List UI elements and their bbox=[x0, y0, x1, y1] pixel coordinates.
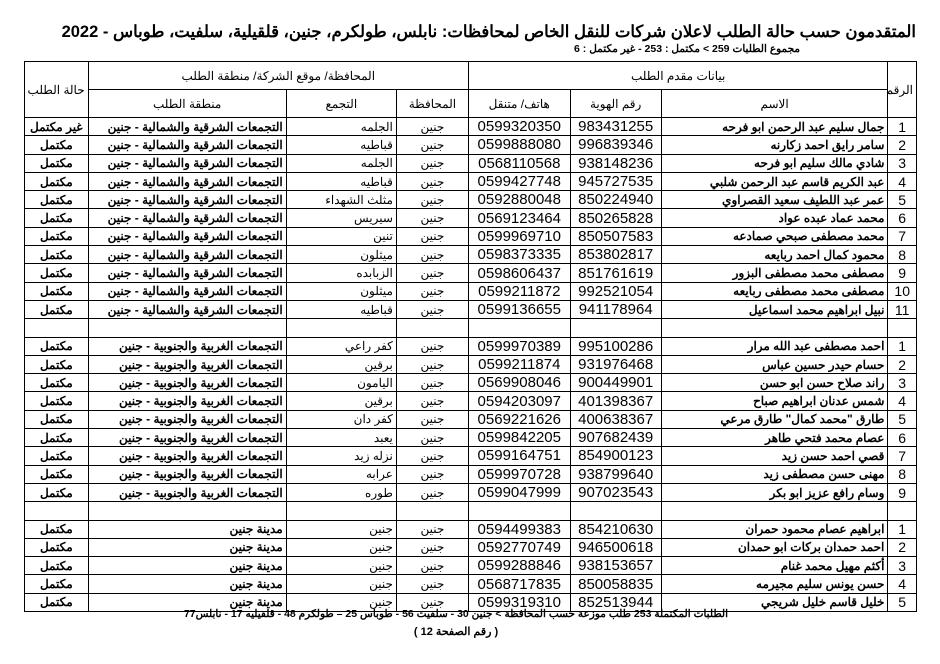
cluster-cell: طوره bbox=[286, 483, 396, 501]
empty-cell bbox=[286, 319, 396, 337]
id-number-cell: 938148236 bbox=[570, 154, 661, 172]
empty-cell bbox=[570, 319, 661, 337]
governorate-cell: جنين bbox=[396, 392, 468, 410]
cluster-cell: كفر دان bbox=[286, 410, 396, 428]
id-number-cell: 996839346 bbox=[570, 136, 661, 154]
id-number-cell: 900449901 bbox=[570, 374, 661, 392]
phone-number-cell: 0594499383 bbox=[468, 520, 570, 538]
governorate-cell: جنين bbox=[396, 264, 468, 282]
request-status-cell: مكتمل bbox=[25, 246, 89, 264]
table-row: 9وسام رافع عزيز ابو بكر90702354305990479… bbox=[25, 483, 917, 501]
row-number-cell: 4 bbox=[888, 392, 917, 410]
row-number-cell: 6 bbox=[888, 209, 917, 227]
applicant-name-cell: محمد مصطفى صبحي صمادعه bbox=[661, 227, 888, 245]
governorate-cell: جنين bbox=[396, 520, 468, 538]
id-number-cell: 983431255 bbox=[570, 118, 661, 136]
phone-number-cell: 0599970389 bbox=[468, 337, 570, 355]
cluster-cell: قباطيه bbox=[286, 172, 396, 190]
row-number-cell: 8 bbox=[888, 465, 917, 483]
governorate-cell: جنين bbox=[396, 575, 468, 593]
row-number-cell: 1 bbox=[888, 337, 917, 355]
request-region-cell: التجمعات الشرقية والشمالية - جنين bbox=[88, 191, 286, 209]
id-number-cell: 850507583 bbox=[570, 227, 661, 245]
id-number-cell: 854900123 bbox=[570, 447, 661, 465]
table-row: 3أكثم مهيل محمد غنام9381536570599288846ج… bbox=[25, 557, 917, 575]
request-status-cell: مكتمل bbox=[25, 465, 89, 483]
request-status-cell: مكتمل bbox=[25, 520, 89, 538]
header-status: حالة الطلب bbox=[25, 62, 89, 118]
request-region-cell: التجمعات الشرقية والشمالية - جنين bbox=[88, 246, 286, 264]
request-status-cell: مكتمل bbox=[25, 337, 89, 355]
header-applicant-data: بيانات مقدم الطلب bbox=[468, 62, 887, 90]
request-region-cell: التجمعات الغربية والجنوبية - جنين bbox=[88, 374, 286, 392]
cluster-cell: الجلمه bbox=[286, 154, 396, 172]
section-separator-row bbox=[25, 502, 917, 520]
cluster-cell: نزله زيد bbox=[286, 447, 396, 465]
id-number-cell: 938799640 bbox=[570, 465, 661, 483]
request-status-cell: مكتمل bbox=[25, 264, 89, 282]
applicant-name-cell: طارق "محمد كمال" طارق مرعي bbox=[661, 410, 888, 428]
empty-cell bbox=[661, 502, 888, 520]
id-number-cell: 850265828 bbox=[570, 209, 661, 227]
completed-distribution-note: الطلبات المكتملة 253 طلب موزعة حسب المحا… bbox=[0, 608, 912, 620]
applicant-name-cell: محمود كمال احمد ربايعه bbox=[661, 246, 888, 264]
phone-number-cell: 0599136655 bbox=[468, 300, 570, 318]
id-number-cell: 941178964 bbox=[570, 300, 661, 318]
empty-cell bbox=[88, 502, 286, 520]
phone-number-cell: 0598606437 bbox=[468, 264, 570, 282]
governorate-cell: جنين bbox=[396, 154, 468, 172]
row-number-cell: 2 bbox=[888, 538, 917, 556]
applicant-name-cell: نبيل ابراهيم محمد اسماعيل bbox=[661, 300, 888, 318]
id-number-cell: 995100286 bbox=[570, 337, 661, 355]
table-row: 2سامر رايق احمد زكارنه996839346059988808… bbox=[25, 136, 917, 154]
request-status-cell: مكتمل bbox=[25, 483, 89, 501]
governorate-cell: جنين bbox=[396, 227, 468, 245]
request-status-cell: مكتمل bbox=[25, 227, 89, 245]
governorate-cell: جنين bbox=[396, 429, 468, 447]
governorate-cell: جنين bbox=[396, 355, 468, 373]
cluster-cell: جنين bbox=[286, 538, 396, 556]
cluster-cell: عرابه bbox=[286, 465, 396, 483]
applicant-name-cell: احمد مصطفى عبد الله مرار bbox=[661, 337, 888, 355]
applicant-name-cell: حسن يونس سليم مجيرمه bbox=[661, 575, 888, 593]
empty-cell bbox=[570, 502, 661, 520]
request-region-cell: التجمعات الغربية والجنوبية - جنين bbox=[88, 392, 286, 410]
request-region-cell: مدينة جنين bbox=[88, 520, 286, 538]
applicant-name-cell: عبد الكريم قاسم عبد الرحمن شلبي bbox=[661, 172, 888, 190]
row-number-cell: 4 bbox=[888, 172, 917, 190]
phone-number-cell: 0568717835 bbox=[468, 575, 570, 593]
row-number-cell: 2 bbox=[888, 355, 917, 373]
request-region-cell: التجمعات الغربية والجنوبية - جنين bbox=[88, 465, 286, 483]
request-region-cell: التجمعات الشرقية والشمالية - جنين bbox=[88, 264, 286, 282]
cluster-cell: قباطيه bbox=[286, 136, 396, 154]
request-region-cell: مدينة جنين bbox=[88, 538, 286, 556]
table-row: 6عصام محمد فتحي طاهر9076824390599842205ج… bbox=[25, 429, 917, 447]
request-region-cell: مدينة جنين bbox=[88, 575, 286, 593]
row-number-cell: 10 bbox=[888, 282, 917, 300]
table-row: 10مصطفى محمد مصطفى ربايعه992521054059921… bbox=[25, 282, 917, 300]
id-number-cell: 850224940 bbox=[570, 191, 661, 209]
phone-number-cell: 0569221626 bbox=[468, 410, 570, 428]
table-row: 1ابراهيم عصام محمود حمران854210630059449… bbox=[25, 520, 917, 538]
governorate-cell: جنين bbox=[396, 246, 468, 264]
table-row: 5عمر عبد اللطيف سعيد القصراوي85022494005… bbox=[25, 191, 917, 209]
applicant-name-cell: شادي مالك سليم ابو فرحه bbox=[661, 154, 888, 172]
applicant-name-cell: حسام حيدر حسين عباس bbox=[661, 355, 888, 373]
request-status-cell: مكتمل bbox=[25, 557, 89, 575]
row-number-cell: 5 bbox=[888, 410, 917, 428]
phone-number-cell: 0599211872 bbox=[468, 282, 570, 300]
empty-cell bbox=[25, 319, 89, 337]
applicant-name-cell: راند صلاح حسن ابو حسن bbox=[661, 374, 888, 392]
row-number-cell: 7 bbox=[888, 447, 917, 465]
governorate-cell: جنين bbox=[396, 557, 468, 575]
table-row: 1جمال سليم عبد الرحمن ابو فرحه9834312550… bbox=[25, 118, 917, 136]
table-row: 3راند صلاح حسن ابو حسن900449901056990804… bbox=[25, 374, 917, 392]
request-region-cell: التجمعات الغربية والجنوبية - جنين bbox=[88, 337, 286, 355]
row-number-cell: 1 bbox=[888, 520, 917, 538]
phone-number-cell: 0599164751 bbox=[468, 447, 570, 465]
request-status-cell: مكتمل bbox=[25, 282, 89, 300]
request-status-cell: مكتمل bbox=[25, 355, 89, 373]
table-row: 11نبيل ابراهيم محمد اسماعيل9411789640599… bbox=[25, 300, 917, 318]
table-row: 9مصطفى محمد مصطفى البزور8517616190598606… bbox=[25, 264, 917, 282]
row-number-cell: 11 bbox=[888, 300, 917, 318]
phone-number-cell: 0594203097 bbox=[468, 392, 570, 410]
table-row: 7محمد مصطفى صبحي صمادعه85050758305999697… bbox=[25, 227, 917, 245]
table-row: 6محمد عماد عبده عواد8502658280569123464ج… bbox=[25, 209, 917, 227]
phone-number-cell: 0599970728 bbox=[468, 465, 570, 483]
id-number-cell: 946500618 bbox=[570, 538, 661, 556]
table-body: 1جمال سليم عبد الرحمن ابو فرحه9834312550… bbox=[25, 118, 917, 612]
row-number-cell: 1 bbox=[888, 118, 917, 136]
cluster-cell: جنين bbox=[286, 520, 396, 538]
applicant-name-cell: وسام رافع عزيز ابو بكر bbox=[661, 483, 888, 501]
table-row: 1احمد مصطفى عبد الله مرار995100286059997… bbox=[25, 337, 917, 355]
request-status-cell: مكتمل bbox=[25, 300, 89, 318]
id-number-cell: 850058835 bbox=[570, 575, 661, 593]
empty-cell bbox=[888, 319, 917, 337]
table-row: 8مهنى حسن مصطفى زيد9387996400599970728جن… bbox=[25, 465, 917, 483]
governorate-cell: جنين bbox=[396, 465, 468, 483]
header-id-number: رقم الهوية bbox=[570, 90, 661, 118]
cluster-cell: ميثلون bbox=[286, 282, 396, 300]
applicant-name-cell: مهنى حسن مصطفى زيد bbox=[661, 465, 888, 483]
applicant-name-cell: مصطفى محمد مصطفى ربايعه bbox=[661, 282, 888, 300]
table-row: 2احمد حمدان بركات ابو حمدان9465006180592… bbox=[25, 538, 917, 556]
phone-number-cell: 0569123464 bbox=[468, 209, 570, 227]
applicant-name-cell: جمال سليم عبد الرحمن ابو فرحه bbox=[661, 118, 888, 136]
applicant-name-cell: احمد حمدان بركات ابو حمدان bbox=[661, 538, 888, 556]
empty-cell bbox=[286, 502, 396, 520]
table-row: 4عبد الكريم قاسم عبد الرحمن شلبي94572753… bbox=[25, 172, 917, 190]
governorate-cell: جنين bbox=[396, 172, 468, 190]
row-number-cell: 3 bbox=[888, 154, 917, 172]
id-number-cell: 400638367 bbox=[570, 410, 661, 428]
header-location: المحافظة/ موقع الشركة/ منطقة الطلب bbox=[88, 62, 468, 90]
id-number-cell: 907682439 bbox=[570, 429, 661, 447]
table-row: 4شمس عدنان ابراهيم صباح40139836705942030… bbox=[25, 392, 917, 410]
table-row: 4حسن يونس سليم مجيرمه8500588350568717835… bbox=[25, 575, 917, 593]
request-status-cell: مكتمل bbox=[25, 575, 89, 593]
governorate-cell: جنين bbox=[396, 136, 468, 154]
request-status-cell: مكتمل bbox=[25, 374, 89, 392]
id-number-cell: 945727535 bbox=[570, 172, 661, 190]
governorate-cell: جنين bbox=[396, 447, 468, 465]
applicant-name-cell: محمد عماد عبده عواد bbox=[661, 209, 888, 227]
request-status-cell: مكتمل bbox=[25, 191, 89, 209]
header-name: الاسم bbox=[661, 90, 888, 118]
empty-cell bbox=[396, 502, 468, 520]
request-status-cell: مكتمل bbox=[25, 447, 89, 465]
governorate-cell: جنين bbox=[396, 300, 468, 318]
phone-number-cell: 0599969710 bbox=[468, 227, 570, 245]
header-governorate: المحافظة bbox=[396, 90, 468, 118]
applicant-name-cell: عصام محمد فتحي طاهر bbox=[661, 429, 888, 447]
phone-number-cell: 0568110568 bbox=[468, 154, 570, 172]
empty-cell bbox=[468, 502, 570, 520]
id-number-cell: 992521054 bbox=[570, 282, 661, 300]
row-number-cell: 4 bbox=[888, 575, 917, 593]
empty-cell bbox=[88, 319, 286, 337]
phone-number-cell: 0592770749 bbox=[468, 538, 570, 556]
governorate-cell: جنين bbox=[396, 209, 468, 227]
governorate-cell: جنين bbox=[396, 282, 468, 300]
row-number-cell: 9 bbox=[888, 483, 917, 501]
request-region-cell: التجمعات الغربية والجنوبية - جنين bbox=[88, 355, 286, 373]
request-status-cell: مكتمل bbox=[25, 538, 89, 556]
table-row: 8محمود كمال احمد ربايعه85380281705983733… bbox=[25, 246, 917, 264]
request-status-cell: مكتمل bbox=[25, 392, 89, 410]
cluster-cell: الجلمه bbox=[286, 118, 396, 136]
row-number-cell: 9 bbox=[888, 264, 917, 282]
cluster-cell: برقين bbox=[286, 392, 396, 410]
request-status-cell: مكتمل bbox=[25, 172, 89, 190]
applicants-table: الرقم بيانات مقدم الطلب المحافظة/ موقع ا… bbox=[24, 61, 917, 612]
cluster-cell: ميثلون bbox=[286, 246, 396, 264]
applicant-name-cell: أكثم مهيل محمد غنام bbox=[661, 557, 888, 575]
header-cluster: التجمع bbox=[286, 90, 396, 118]
id-number-cell: 854210630 bbox=[570, 520, 661, 538]
cluster-cell: تنين bbox=[286, 227, 396, 245]
applicant-name-cell: قصي احمد حسن زيد bbox=[661, 447, 888, 465]
applicant-name-cell: مصطفى محمد مصطفى البزور bbox=[661, 264, 888, 282]
governorate-cell: جنين bbox=[396, 483, 468, 501]
header-region: منطقة الطلب bbox=[88, 90, 286, 118]
empty-cell bbox=[396, 319, 468, 337]
cluster-cell: الزبابده bbox=[286, 264, 396, 282]
table-row: 3شادي مالك سليم ابو فرحه9381482360568110… bbox=[25, 154, 917, 172]
phone-number-cell: 0598373335 bbox=[468, 246, 570, 264]
governorate-cell: جنين bbox=[396, 191, 468, 209]
phone-number-cell: 0599842205 bbox=[468, 429, 570, 447]
request-status-cell: مكتمل bbox=[25, 209, 89, 227]
governorate-cell: جنين bbox=[396, 118, 468, 136]
request-region-cell: التجمعات الشرقية والشمالية - جنين bbox=[88, 227, 286, 245]
id-number-cell: 851761619 bbox=[570, 264, 661, 282]
table-row: 2حسام حيدر حسين عباس9319764680599211874ج… bbox=[25, 355, 917, 373]
request-region-cell: التجمعات الشرقية والشمالية - جنين bbox=[88, 118, 286, 136]
id-number-cell: 401398367 bbox=[570, 392, 661, 410]
cluster-cell: برقين bbox=[286, 355, 396, 373]
cluster-cell: سيريس bbox=[286, 209, 396, 227]
id-number-cell: 907023543 bbox=[570, 483, 661, 501]
applicant-name-cell: عمر عبد اللطيف سعيد القصراوي bbox=[661, 191, 888, 209]
phone-number-cell: 0599427748 bbox=[468, 172, 570, 190]
applicant-name-cell: ابراهيم عصام محمود حمران bbox=[661, 520, 888, 538]
id-number-cell: 853802817 bbox=[570, 246, 661, 264]
empty-cell bbox=[888, 502, 917, 520]
governorate-cell: جنين bbox=[396, 410, 468, 428]
cluster-cell: جنين bbox=[286, 557, 396, 575]
phone-number-cell: 0599888080 bbox=[468, 136, 570, 154]
governorate-cell: جنين bbox=[396, 337, 468, 355]
row-number-cell: 7 bbox=[888, 227, 917, 245]
request-region-cell: التجمعات الغربية والجنوبية - جنين bbox=[88, 483, 286, 501]
empty-cell bbox=[468, 319, 570, 337]
totals-summary: مجموع الطلبات 259 > مكتمل : 253 - غير مك… bbox=[0, 43, 800, 55]
request-status-cell: غير مكتمل bbox=[25, 118, 89, 136]
request-region-cell: التجمعات الشرقية والشمالية - جنين bbox=[88, 209, 286, 227]
request-region-cell: التجمعات الشرقية والشمالية - جنين bbox=[88, 282, 286, 300]
phone-number-cell: 0599320350 bbox=[468, 118, 570, 136]
page-number: ( رقم الصفحة 12 ) bbox=[0, 625, 912, 638]
phone-number-cell: 0569908046 bbox=[468, 374, 570, 392]
request-region-cell: التجمعات الغربية والجنوبية - جنين bbox=[88, 410, 286, 428]
document-title: المتقدمون حسب حالة الطلب لاعلان شركات لل… bbox=[0, 22, 916, 42]
phone-number-cell: 0592880048 bbox=[468, 191, 570, 209]
phone-number-cell: 0599047999 bbox=[468, 483, 570, 501]
request-region-cell: التجمعات الشرقية والشمالية - جنين bbox=[88, 300, 286, 318]
cluster-cell: جنين bbox=[286, 575, 396, 593]
request-region-cell: التجمعات الشرقية والشمالية - جنين bbox=[88, 172, 286, 190]
request-region-cell: التجمعات الغربية والجنوبية - جنين bbox=[88, 429, 286, 447]
governorate-cell: جنين bbox=[396, 374, 468, 392]
phone-number-cell: 0599211874 bbox=[468, 355, 570, 373]
cluster-cell: اليامون bbox=[286, 374, 396, 392]
cluster-cell: يعبد bbox=[286, 429, 396, 447]
request-region-cell: التجمعات الشرقية والشمالية - جنين bbox=[88, 154, 286, 172]
row-number-cell: 5 bbox=[888, 191, 917, 209]
row-number-cell: 6 bbox=[888, 429, 917, 447]
header-phone: هاتف/ متنقل bbox=[468, 90, 570, 118]
request-region-cell: التجمعات الغربية والجنوبية - جنين bbox=[88, 447, 286, 465]
request-status-cell: مكتمل bbox=[25, 154, 89, 172]
table-row: 5طارق "محمد كمال" طارق مرعي4006383670569… bbox=[25, 410, 917, 428]
header-number: الرقم bbox=[888, 62, 917, 118]
row-number-cell: 2 bbox=[888, 136, 917, 154]
request-status-cell: مكتمل bbox=[25, 429, 89, 447]
applicant-name-cell: سامر رايق احمد زكارنه bbox=[661, 136, 888, 154]
section-separator-row bbox=[25, 319, 917, 337]
empty-cell bbox=[661, 319, 888, 337]
cluster-cell: مثلث الشهداء bbox=[286, 191, 396, 209]
governorate-cell: جنين bbox=[396, 538, 468, 556]
row-number-cell: 3 bbox=[888, 374, 917, 392]
row-number-cell: 3 bbox=[888, 557, 917, 575]
id-number-cell: 931976468 bbox=[570, 355, 661, 373]
request-region-cell: التجمعات الشرقية والشمالية - جنين bbox=[88, 136, 286, 154]
cluster-cell: قباطيه bbox=[286, 300, 396, 318]
request-status-cell: مكتمل bbox=[25, 410, 89, 428]
request-region-cell: مدينة جنين bbox=[88, 557, 286, 575]
empty-cell bbox=[25, 502, 89, 520]
cluster-cell: كفر راعي bbox=[286, 337, 396, 355]
id-number-cell: 938153657 bbox=[570, 557, 661, 575]
request-status-cell: مكتمل bbox=[25, 136, 89, 154]
applicant-name-cell: شمس عدنان ابراهيم صباح bbox=[661, 392, 888, 410]
table-row: 7قصي احمد حسن زيد8549001230599164751جنين… bbox=[25, 447, 917, 465]
phone-number-cell: 0599288846 bbox=[468, 557, 570, 575]
row-number-cell: 8 bbox=[888, 246, 917, 264]
